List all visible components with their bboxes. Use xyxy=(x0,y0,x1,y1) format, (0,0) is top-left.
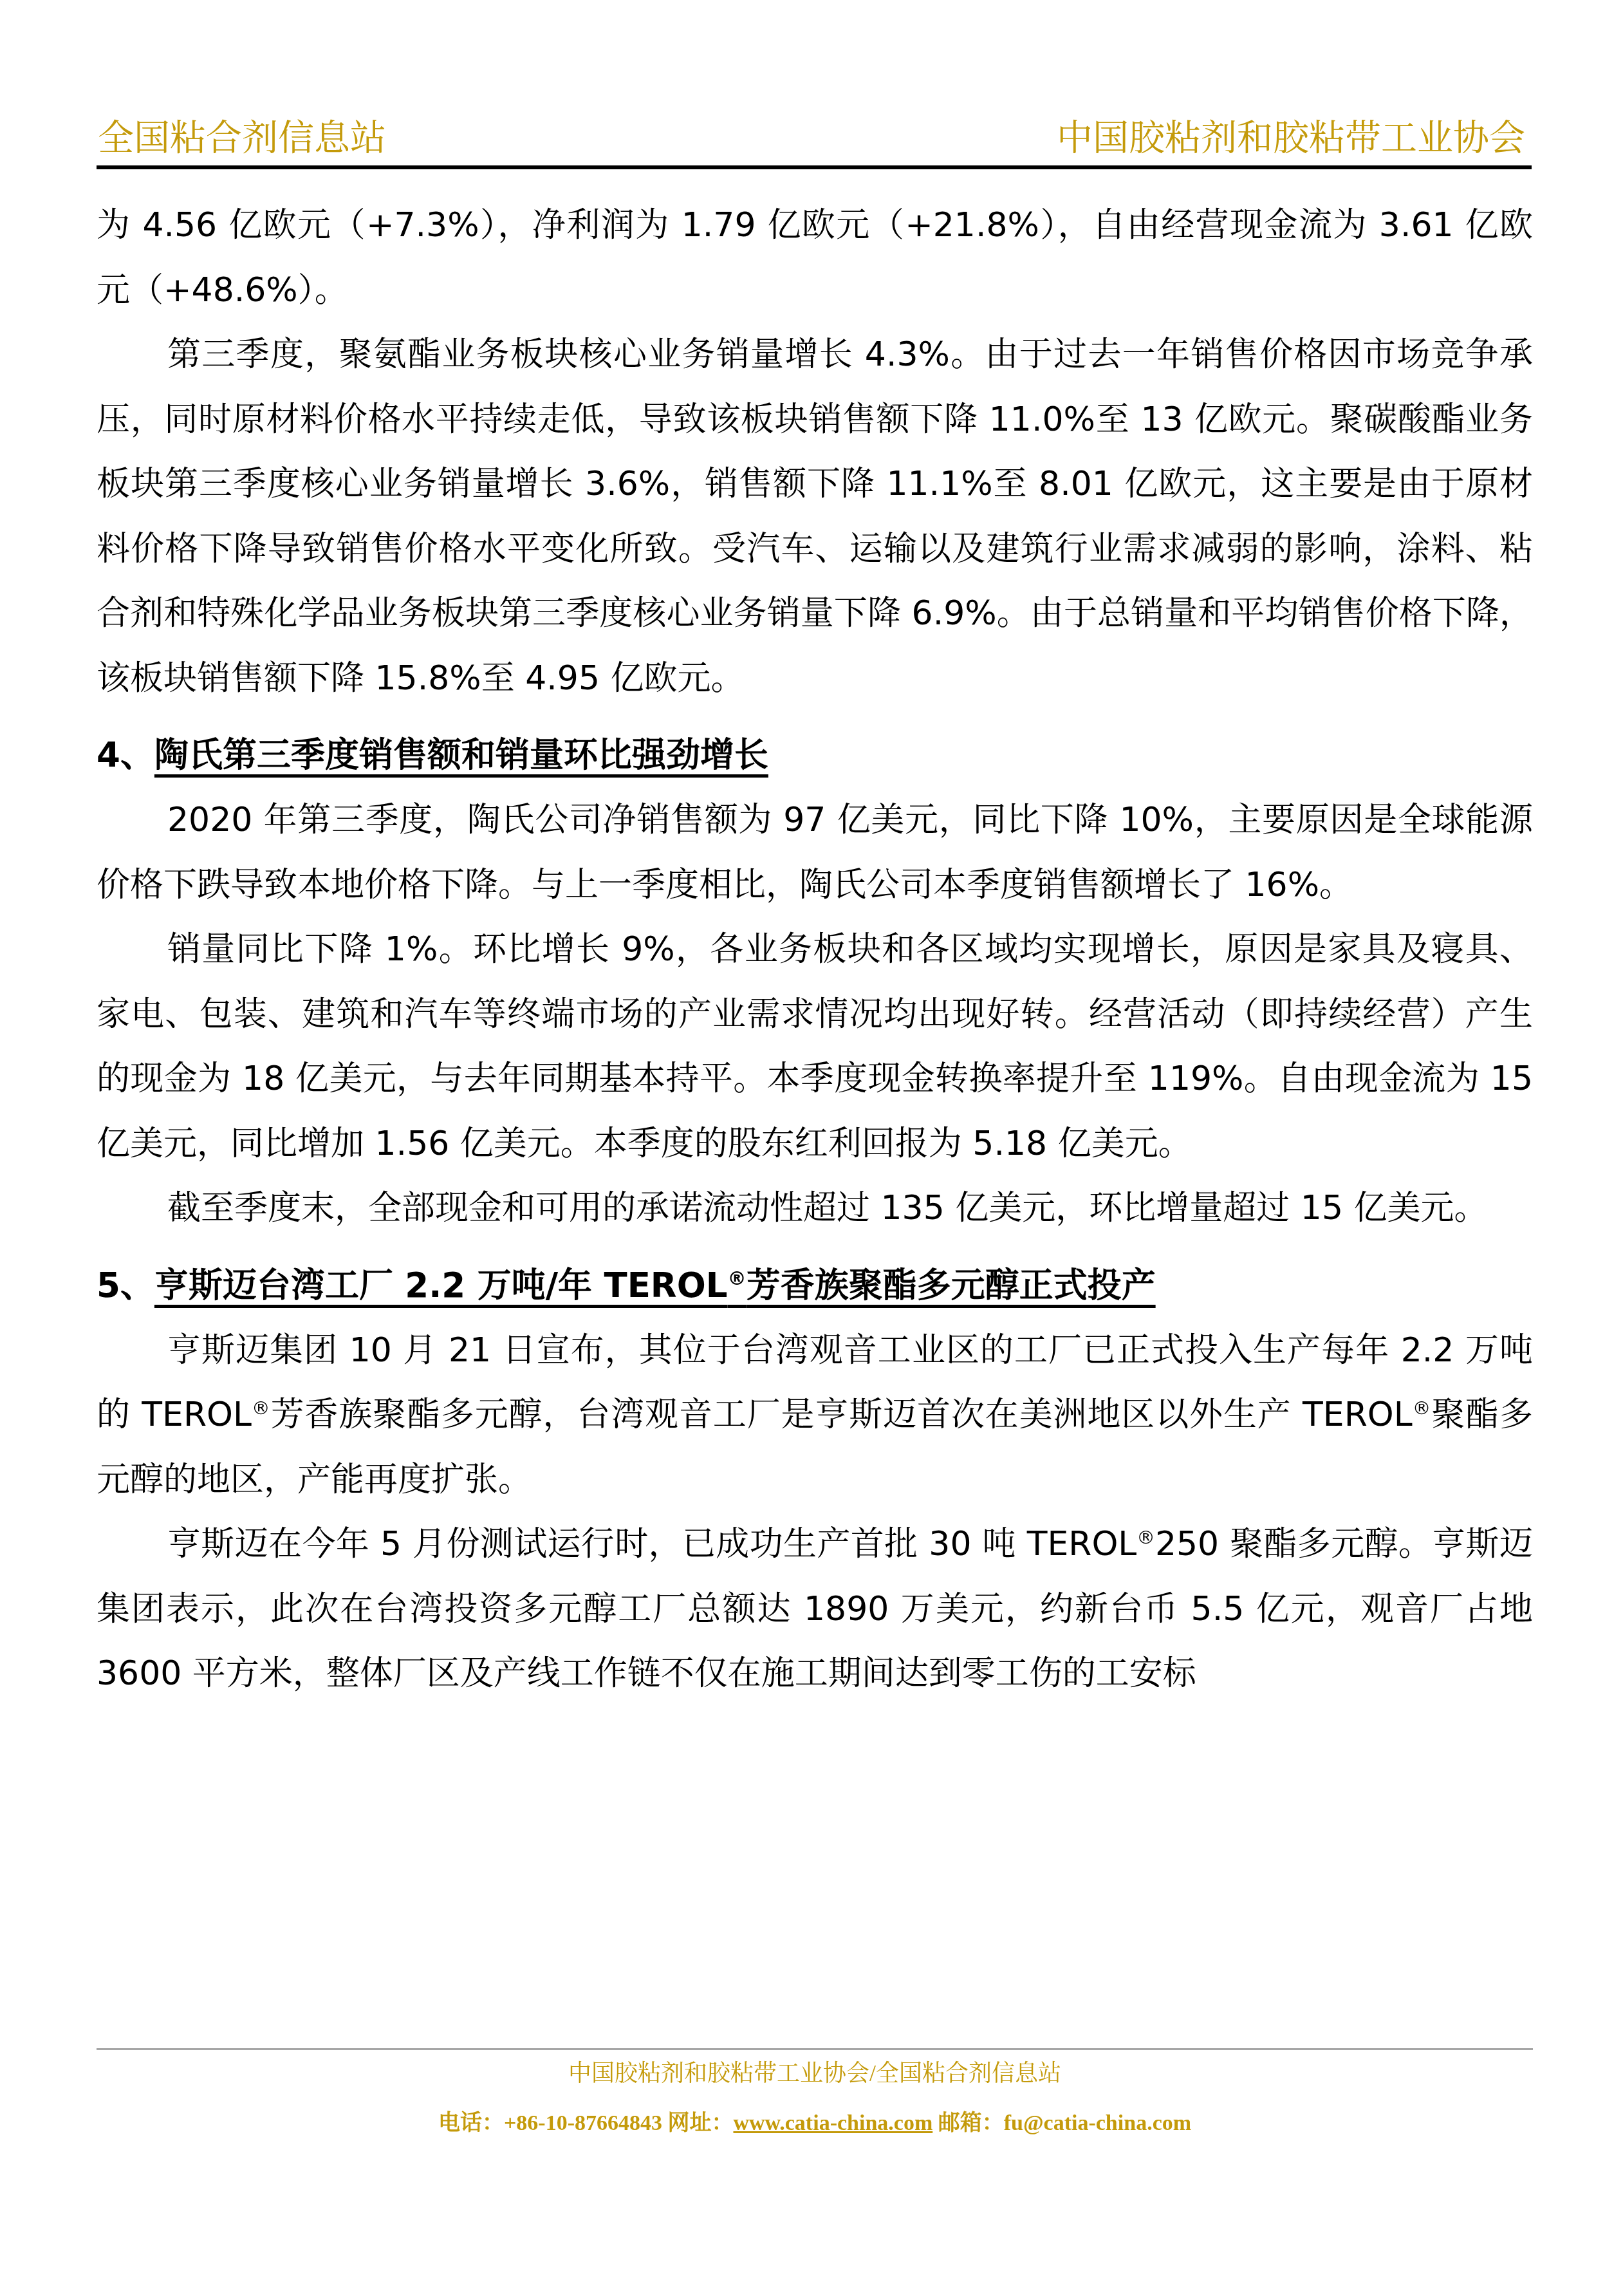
paragraph-dow-volume: 销量同比下降 1%。环比增长 9%，各业务板块和各区域均实现增长，原因是家具及寝… xyxy=(97,917,1533,1176)
page-footer: 中国胶粘剂和胶粘带工业协会/全国粘合剂信息站 电话：+86-10-8766484… xyxy=(97,2048,1533,2138)
paragraph-covestro-summary: 为 4.56 亿欧元（+7.3%），净利润为 1.79 亿欧元（+21.8%），… xyxy=(97,193,1533,322)
phone-number: +86-10-87664843 xyxy=(504,2111,662,2135)
email-label: 邮箱： xyxy=(938,2111,1004,2135)
paragraph-huntsman-investment: 亨斯迈在今年 5 月份测试运行时，已成功生产首批 30 吨 TEROL®250 … xyxy=(97,1512,1533,1706)
paragraph-huntsman-launch: 亨斯迈集团 10 月 21 日宣布，其位于台湾观音工业区的工厂已正式投入生产每年… xyxy=(97,1318,1533,1513)
header-site-name: 全国粘合剂信息站 xyxy=(98,118,386,159)
website-label: 网址： xyxy=(667,2111,733,2135)
section-title: 亨斯迈台湾工厂 2.2 万吨/年 TEROL®芳香族聚酯多元醇正式投产 xyxy=(154,1266,1156,1305)
section-number: 4、 xyxy=(97,736,154,775)
text-run: 芳香族聚酯多元醇，台湾观音工厂是亨斯迈首次在美洲地区以外生产 TEROL xyxy=(270,1395,1413,1434)
footer-contact-line: 电话：+86-10-87664843 网址：www.catia-china.co… xyxy=(97,2109,1533,2138)
registered-mark: ® xyxy=(1413,1397,1431,1419)
paragraph-dow-sales: 2020 年第三季度，陶氏公司净销售额为 97 亿美元，同比下降 10%，主要原… xyxy=(97,788,1533,917)
page-header: 全国粘合剂信息站 中国胶粘剂和胶粘带工业协会 xyxy=(97,113,1532,169)
registered-mark: ® xyxy=(252,1397,270,1419)
website-link[interactable]: www.catia-china.com xyxy=(733,2111,932,2135)
email-address[interactable]: fu@catia-china.com xyxy=(1004,2111,1191,2135)
section-title-part2: 芳香族聚酯多元醇正式投产 xyxy=(747,1266,1156,1305)
footer-org-line: 中国胶粘剂和胶粘带工业协会/全国粘合剂信息站 xyxy=(97,2059,1533,2087)
section-number: 5、 xyxy=(97,1266,154,1305)
registered-mark: ® xyxy=(728,1267,747,1289)
phone-label: 电话： xyxy=(438,2111,504,2135)
section-heading-huntsman: 5、亨斯迈台湾工厂 2.2 万吨/年 TEROL®芳香族聚酯多元醇正式投产 xyxy=(97,1254,1533,1318)
section-heading-dow: 4、陶氏第三季度销售额和销量环比强劲增长 xyxy=(97,723,1533,788)
paragraph-dow-liquidity: 截至季度末，全部现金和可用的承诺流动性超过 135 亿美元，环比增量超过 15 … xyxy=(97,1176,1533,1241)
document-body: 为 4.56 亿欧元（+7.3%），净利润为 1.79 亿欧元（+21.8%），… xyxy=(97,193,1533,1706)
header-association-name: 中国胶粘剂和胶粘带工业协会 xyxy=(1057,118,1525,159)
paragraph-covestro-segments: 第三季度，聚氨酯业务板块核心业务销量增长 4.3%。由于过去一年销售价格因市场竞… xyxy=(97,322,1533,711)
text-run: 亨斯迈在今年 5 月份测试运行时，已成功生产首批 30 吨 TEROL xyxy=(167,1525,1136,1563)
section-title: 陶氏第三季度销售额和销量环比强劲增长 xyxy=(154,736,768,775)
registered-mark: ® xyxy=(1136,1526,1155,1548)
section-title-part1: 亨斯迈台湾工厂 2.2 万吨/年 TEROL xyxy=(154,1266,728,1305)
